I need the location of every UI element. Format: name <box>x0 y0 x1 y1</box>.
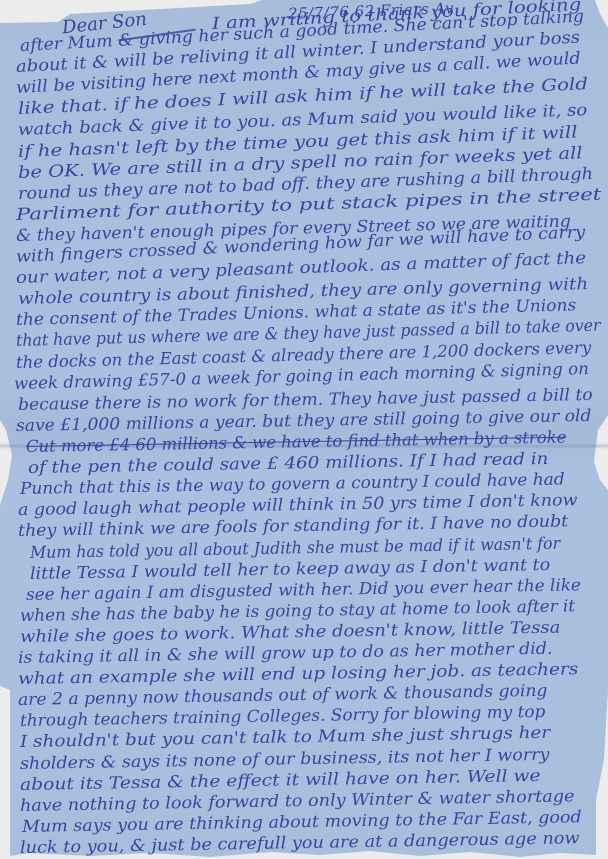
letter-body: I am writing to thank you for lookingaft… <box>0 0 608 859</box>
